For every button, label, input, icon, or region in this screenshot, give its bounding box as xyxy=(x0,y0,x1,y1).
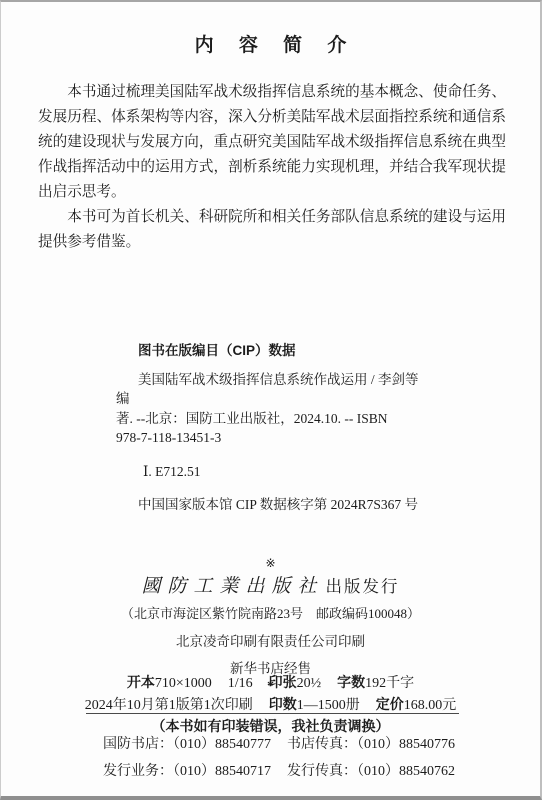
printer-name: 北京凌奇印刷有限责任公司印刷 xyxy=(1,630,540,650)
cip-entry-line: 著. --北京：国防工业出版社，2024.10. -- ISBN xyxy=(116,409,426,429)
reference-mark: ※ xyxy=(1,556,540,570)
cip-entry-line: 978-7-118-13451-3 xyxy=(116,428,426,448)
contact-item: 发行业务：（010）88540717 xyxy=(103,760,287,780)
format-spec-line: 开本710×10001/16印张20½字数192千字 xyxy=(1,672,540,692)
publisher-address: （北京市海淀区紫竹院南路23号 邮政编码100048） xyxy=(1,603,540,622)
page-title: 内 容 简 介 xyxy=(1,30,540,57)
contact-item: 国防书店：（010）88540777 xyxy=(103,733,287,753)
format-spec: 印张20½ xyxy=(269,676,322,691)
price-spec: 定价168.00元 xyxy=(376,698,457,713)
cip-registry-number: 中国国家版本馆 CIP 数据核字第 2024R7S367 号 xyxy=(116,495,426,515)
abstract-text: 本书通过梳理美国陆军战术级指挥信息系统的基本概念、使命任务、发展历程、体系架构等… xyxy=(38,80,506,255)
abstract-paragraph: 本书可为首长机关、科研院所和相关任务部队信息系统的建设与运用提供参考借鉴。 xyxy=(38,205,506,255)
print-run-spec: 印数1—1500册 xyxy=(269,698,360,713)
cip-entry: 美国陆军战术级指挥信息系统作战运用 / 李剑等编 著. --北京：国防工业出版社… xyxy=(116,370,426,448)
contact-phone-list: 国防书店：（010）88540777 书店传真：（010）88540776 发行… xyxy=(103,733,455,780)
edition-price-line: 2024年10月第1版第1次印刷印数1—1500册定价168.00元 xyxy=(1,694,540,714)
cip-classification: Ⅰ. E712.51 xyxy=(116,462,426,482)
cip-block: 图书在版编目（CIP）数据 美国陆军战术级指挥信息系统作战运用 / 李剑等编 著… xyxy=(116,341,426,515)
format-spec: 字数192千字 xyxy=(337,676,414,691)
contact-item: 发行传真：（010）88540762 xyxy=(287,760,455,780)
horizontal-divider xyxy=(86,713,459,714)
format-spec: 1/16 xyxy=(228,676,253,691)
copyright-page: 内 容 简 介 本书通过梳理美国陆军战术级指挥信息系统的基本概念、使命任务、发展… xyxy=(0,0,542,800)
cip-entry-line: 美国陆军战术级指挥信息系统作战运用 / 李剑等编 xyxy=(116,370,426,409)
contact-item: 书店传真：（010）88540776 xyxy=(287,733,455,753)
publisher-logo-script: 國防工業出版社 xyxy=(141,575,323,597)
cip-heading: 图书在版编目（CIP）数据 xyxy=(116,341,426,361)
publisher-imprint: 國防工業出版社出版发行 xyxy=(1,574,540,600)
abstract-paragraph: 本书通过梳理美国陆军战术级指挥信息系统的基本概念、使命任务、发展历程、体系架构等… xyxy=(38,80,506,205)
edition-spec: 2024年10月第1版第1次印刷 xyxy=(85,698,253,713)
publisher-imprint-suffix: 出版发行 xyxy=(326,577,400,596)
format-spec: 开本710×1000 xyxy=(127,676,212,691)
